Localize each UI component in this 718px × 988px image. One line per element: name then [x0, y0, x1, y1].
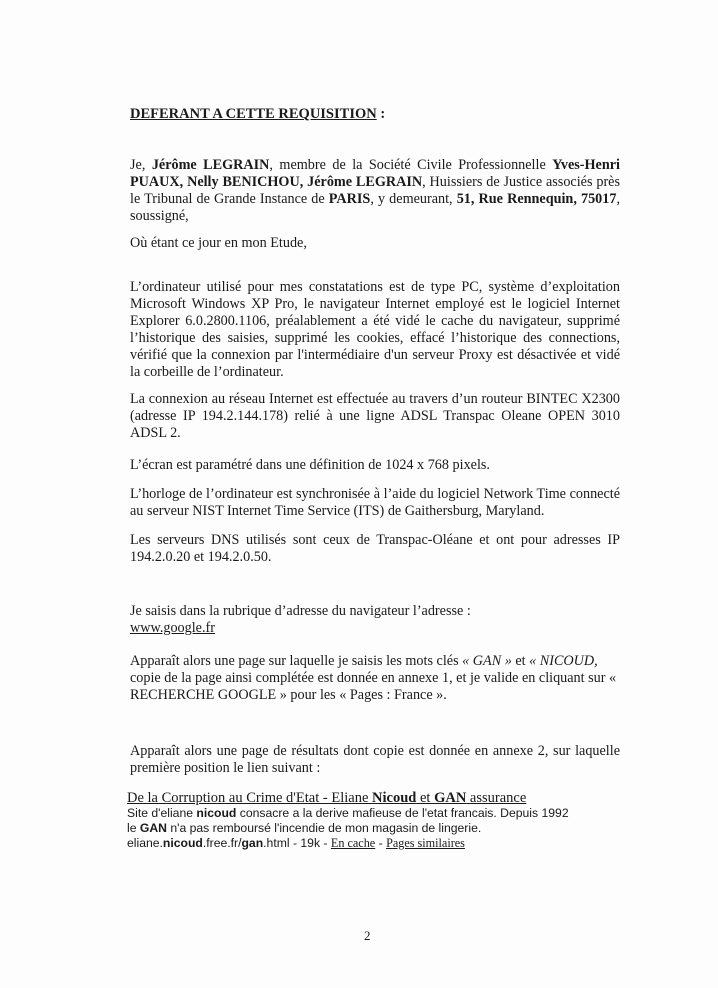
search-result: De la Corruption au Crime d'Etat - Elian… — [127, 790, 597, 851]
address-entry-paragraph: Je saisis dans la rubrique d’adresse du … — [130, 603, 620, 637]
city: PARIS — [329, 191, 371, 207]
similar-pages-link[interactable]: Pages similaires — [386, 836, 465, 850]
cache-link[interactable]: En cache — [331, 836, 375, 850]
screen-paragraph: L’écran est paramétré dans une définitio… — [130, 457, 620, 474]
clock-paragraph: L’horloge de l’ordinateur est synchronis… — [130, 486, 620, 520]
address: 51, Rue Rennequin, 75017 — [457, 191, 617, 207]
search-result-title-link[interactable]: De la Corruption au Crime d'Etat - Elian… — [127, 790, 597, 806]
keyword-nicoud: « NICOUD, — [529, 653, 598, 669]
search-paragraph: Apparaît alors une page sur laquelle je … — [130, 653, 620, 704]
search-result-snippet: Site d'eliane nicoud consacre a la deriv… — [127, 806, 597, 851]
document-page: DEFERANT A CETTE REQUISITION : Je, Jérôm… — [0, 0, 718, 988]
section-heading: DEFERANT A CETTE REQUISITION : — [130, 106, 620, 123]
network-paragraph: La connexion au réseau Internet est effe… — [130, 391, 620, 442]
keyword-gan: « GAN » — [462, 653, 512, 669]
bailiff-name: Jérôme LEGRAIN — [152, 157, 270, 173]
results-paragraph: Apparaît alors une page de résultats don… — [130, 743, 620, 777]
google-url-link[interactable]: www.google.fr — [130, 620, 215, 636]
location-paragraph: Où étant ce jour en mon Etude, — [130, 235, 620, 252]
intro-paragraph: Je, Jérôme LEGRAIN, membre de la Société… — [130, 157, 620, 225]
computer-paragraph: L’ordinateur utilisé pour mes constatati… — [130, 279, 620, 381]
search-result-url: eliane.nicoud.free.fr/gan.html - 19k - — [127, 836, 331, 850]
page-number: 2 — [364, 927, 371, 944]
dns-paragraph: Les serveurs DNS utilisés sont ceux de T… — [130, 532, 620, 566]
